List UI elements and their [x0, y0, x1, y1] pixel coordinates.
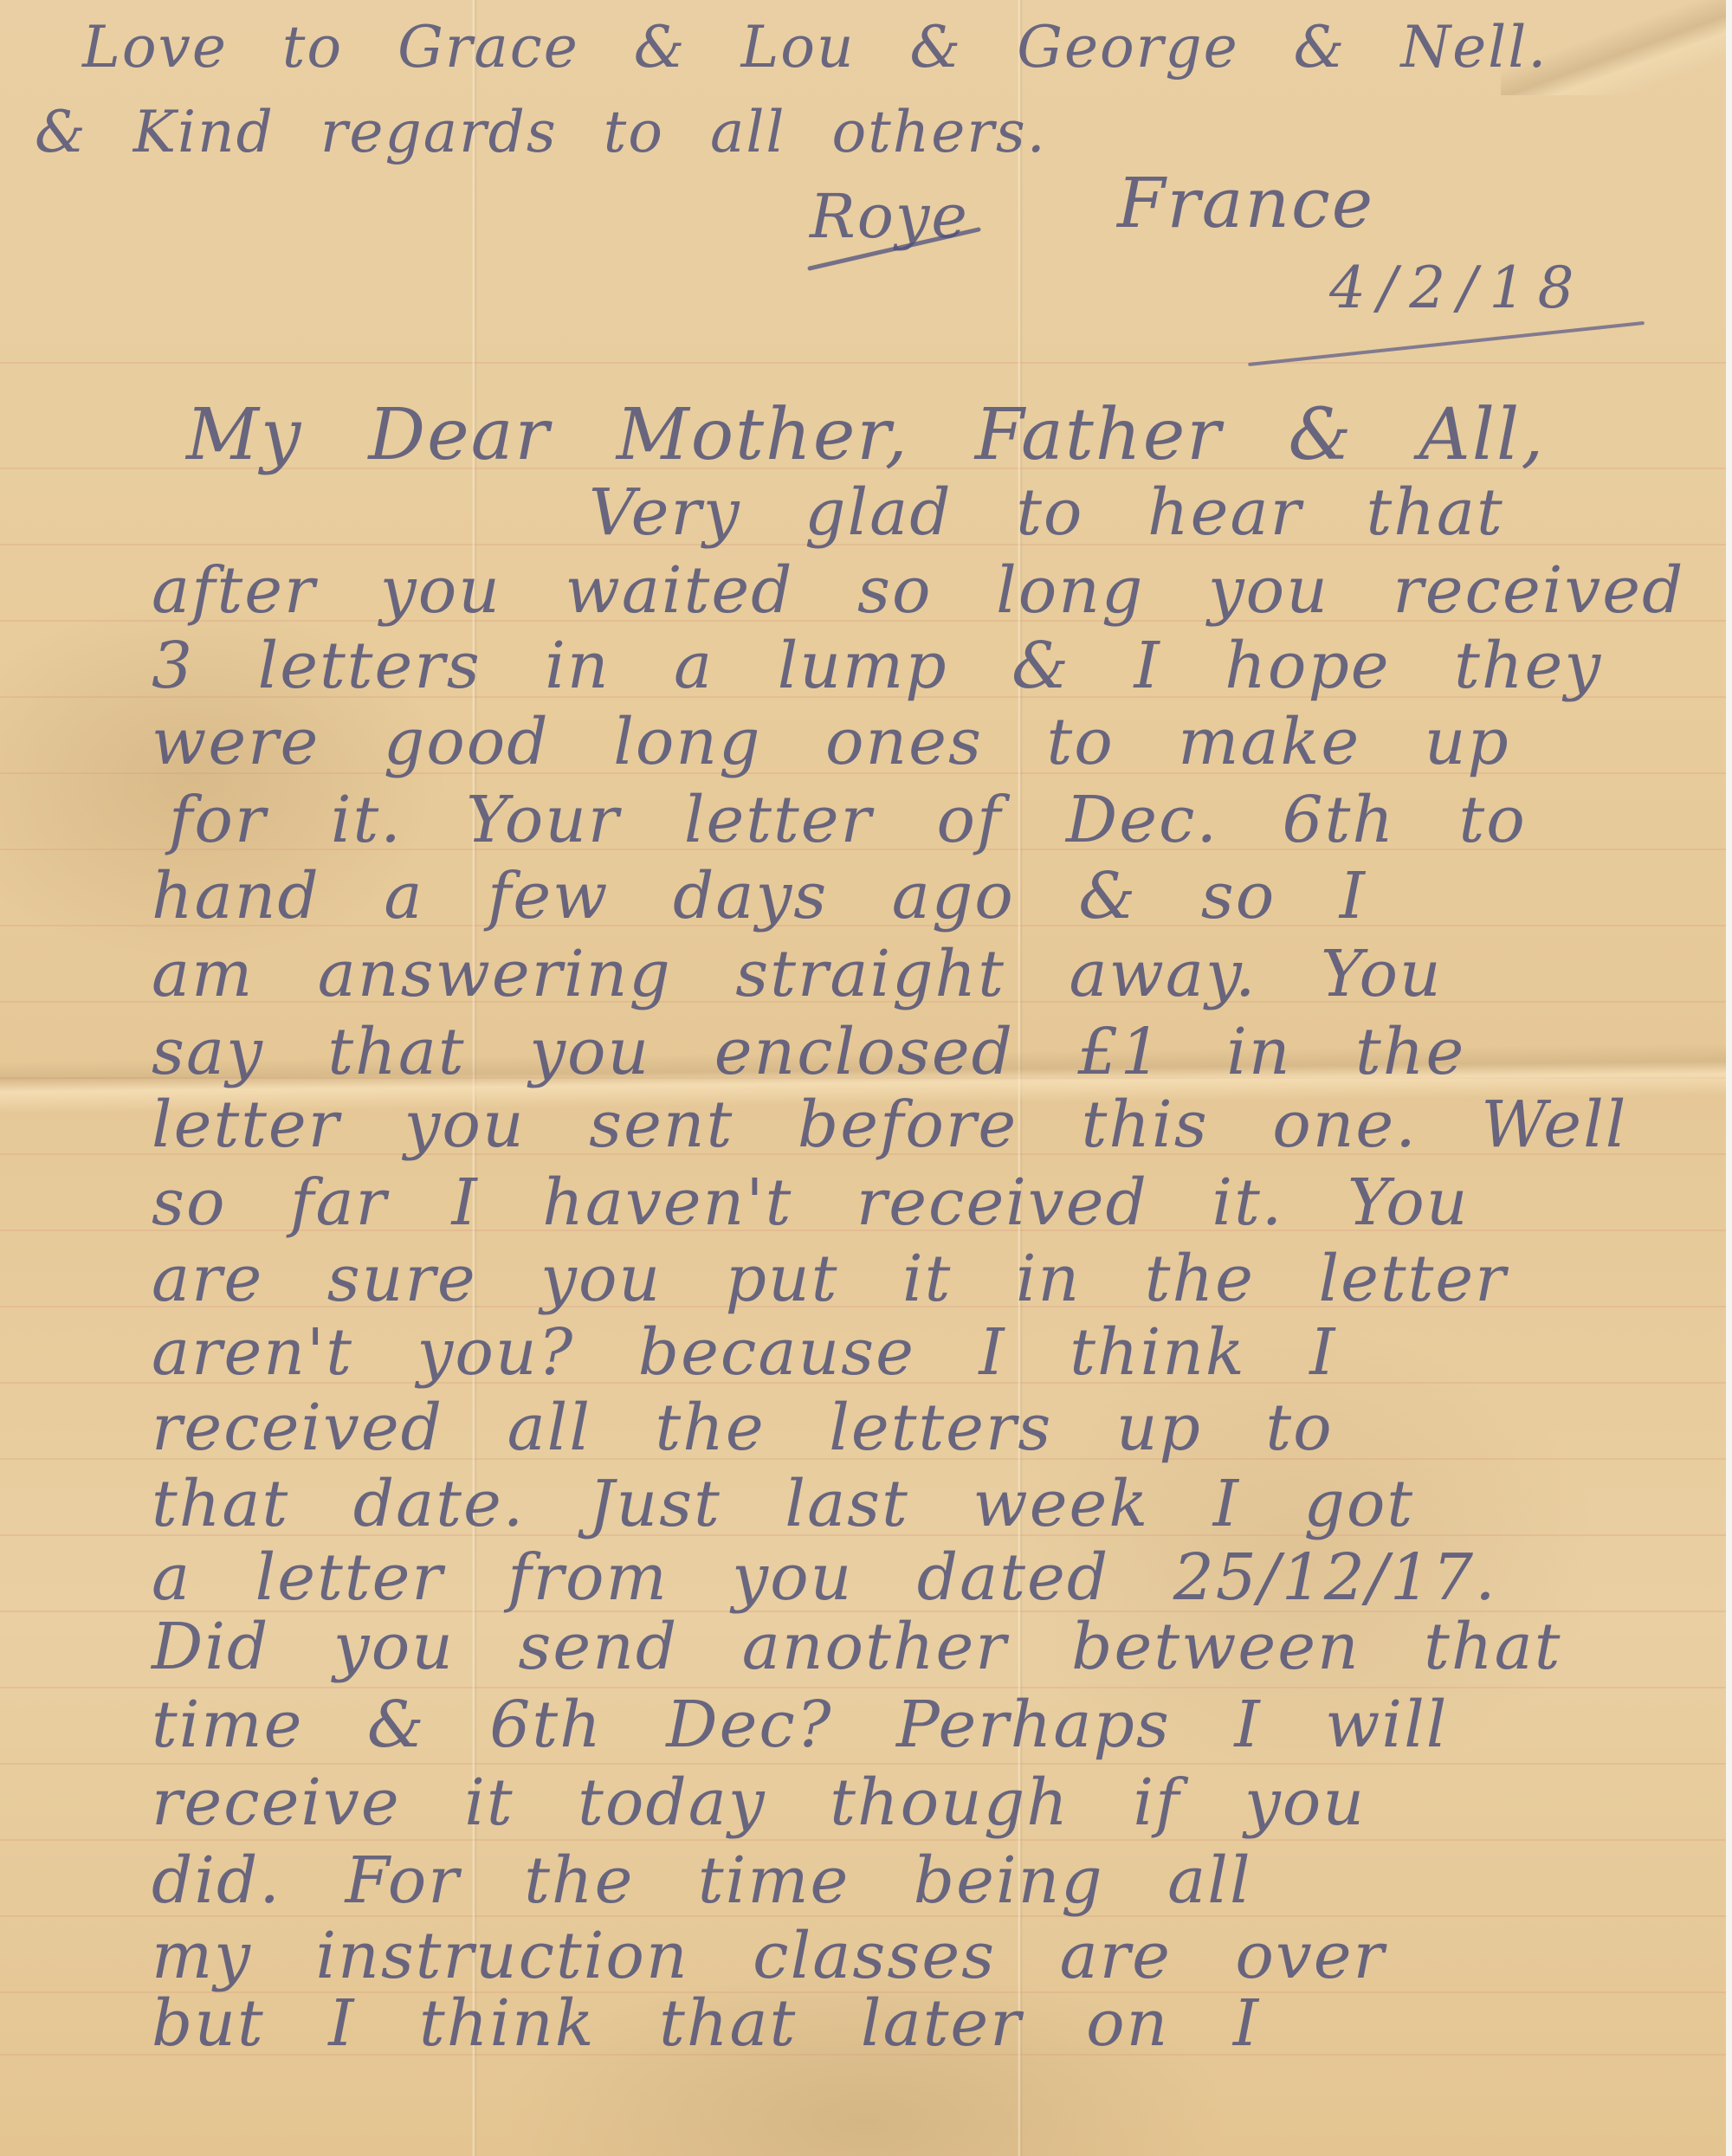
body-line: time & 6th Dec? Perhaps I will [152, 1693, 1448, 1757]
body-line: were good long ones to make up [152, 710, 1510, 774]
letter-date: 4/2/18 [1329, 260, 1586, 317]
body-line: my instruction classes are over [152, 1924, 1386, 1988]
body-line: but I think that later on I [152, 1991, 1260, 2056]
date-underline [1248, 321, 1645, 366]
body-line: Very glad to hear that [589, 481, 1504, 545]
ruled-line [0, 362, 1726, 364]
body-line: received all the letters up to [152, 1396, 1334, 1460]
body-line: after you waited so long you received [152, 558, 1684, 623]
salutation: My Dear Mother, Father & All, [186, 400, 1545, 471]
body-line: aren't you? because I think I [152, 1320, 1337, 1385]
body-line: receive it today though if you [152, 1771, 1366, 1835]
body-line: am answering straight away. You [152, 942, 1443, 1006]
body-line: say that you enclosed £1 in the [152, 1020, 1465, 1084]
letter-page: Love to Grace & Lou & George & Nell. & K… [0, 0, 1726, 2156]
body-line: are sure you put it in the letter [152, 1247, 1508, 1311]
body-line: Did you send another between that [152, 1615, 1561, 1679]
body-line: that date. Just last week I got [152, 1472, 1414, 1536]
body-line: a letter from you dated 25/12/17. [152, 1546, 1497, 1610]
scan-edge [1726, 0, 1732, 2156]
body-line: for it. Your letter of Dec. 6th to [169, 788, 1527, 852]
body-line: did. For the time being all [152, 1849, 1252, 1913]
place-name: France [1117, 169, 1374, 238]
body-line: so far I haven't received it. You [152, 1171, 1470, 1235]
body-line: hand a few days ago & so I [152, 864, 1367, 928]
body-line: 3 letters in a lump & I hope they [152, 634, 1602, 698]
body-line: letter you sent before this one. Well [152, 1093, 1627, 1157]
ruled-line [0, 1763, 1726, 1765]
postscript-line-2: & Kind regards to all others. [35, 104, 1047, 161]
postscript-line-1: Love to Grace & Lou & George & Nell. [82, 19, 1548, 76]
